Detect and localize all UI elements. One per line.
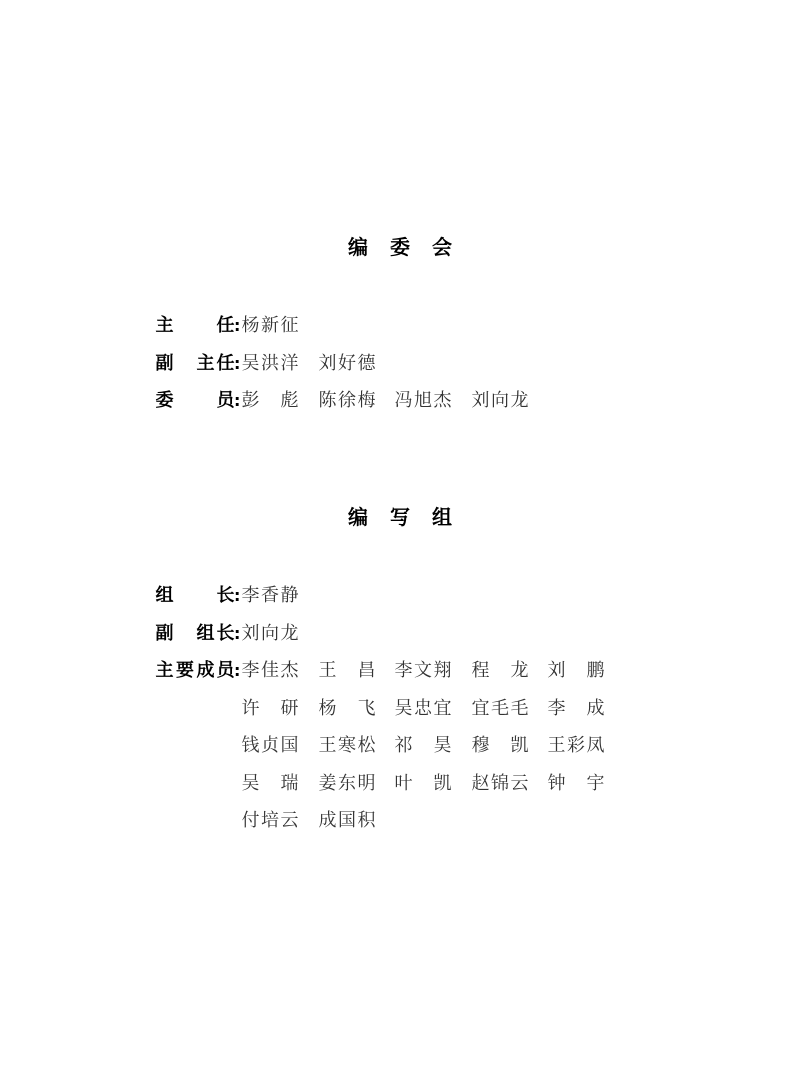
name-char: 培: [261, 808, 280, 834]
name-char: 王: [318, 733, 337, 759]
name-char: 新: [261, 313, 280, 339]
member-name: 彭彪: [241, 388, 299, 414]
member-name: 杨新征: [241, 313, 299, 339]
name-char: 瑞: [280, 771, 299, 797]
name-char: 钟: [547, 771, 566, 797]
committee-title: 编委会: [0, 234, 800, 260]
name-char: 云: [280, 808, 299, 834]
name-char: 吴: [394, 696, 413, 722]
name-char: 静: [280, 583, 299, 609]
name-char: 昊: [433, 733, 452, 759]
name-char: 赵: [471, 771, 490, 797]
name-char: 刘: [241, 621, 260, 647]
role-label-char: 主: [155, 313, 174, 339]
role-label: 委员: [155, 388, 235, 414]
member-name: 叶凯: [394, 771, 452, 797]
name-char: 东: [338, 771, 357, 797]
name-char: 凯: [510, 733, 529, 759]
name-char: 毛: [491, 696, 510, 722]
member-name: 陈徐梅: [318, 388, 376, 414]
label-colon: :: [234, 351, 240, 377]
role-label-char: 组: [196, 621, 215, 647]
member-name: 付培云: [241, 808, 299, 834]
name-char: 付: [241, 808, 260, 834]
name-char: 陈: [318, 388, 337, 414]
name-char: 钱: [241, 733, 260, 759]
name-char: 刘: [318, 351, 337, 377]
role-label-char: 员: [216, 658, 235, 684]
name-char: 宜: [471, 696, 490, 722]
role-label: 主任: [155, 313, 235, 339]
member-name: 成国积: [318, 808, 376, 834]
name-char: 刘: [471, 388, 490, 414]
member-name: 刘鹏: [547, 658, 605, 684]
writing-group-title-char: 组: [432, 504, 452, 530]
role-label-char: 副: [155, 621, 174, 647]
name-char: 寒: [338, 733, 357, 759]
label-colon: :: [234, 621, 240, 647]
name-char: 锦: [491, 771, 510, 797]
member-name: 赵锦云: [471, 771, 529, 797]
member-name: 姜东明: [318, 771, 376, 797]
member-name: 李佳杰: [241, 658, 299, 684]
member-name: 吴忠宜: [394, 696, 452, 722]
name-char: 国: [338, 808, 357, 834]
name-char: 德: [357, 351, 376, 377]
name-char: 宇: [586, 771, 605, 797]
name-char: 向: [491, 388, 510, 414]
member-name: 王昌: [318, 658, 376, 684]
name-char: 许: [241, 696, 260, 722]
role-label-char: 副: [155, 351, 174, 377]
member-name: 李文翔: [394, 658, 452, 684]
name-char: 杰: [433, 388, 452, 414]
name-char: 李: [547, 696, 566, 722]
name-char: 王: [547, 733, 566, 759]
committee-title-char: 编: [348, 234, 368, 260]
label-colon: :: [234, 388, 240, 414]
name-char: 征: [280, 313, 299, 339]
writing-group-title-char: 写: [390, 504, 410, 530]
label-colon: :: [234, 658, 240, 684]
name-char: 松: [357, 733, 376, 759]
member-name: 吴洪洋: [241, 351, 299, 377]
name-char: 李: [241, 583, 260, 609]
role-label-char: 组: [155, 583, 174, 609]
name-char: 文: [414, 658, 433, 684]
name-char: 杨: [241, 313, 260, 339]
name-char: 杰: [280, 658, 299, 684]
name-char: 云: [510, 771, 529, 797]
role-label: 主要成员: [155, 658, 235, 684]
member-name: 李成: [547, 696, 605, 722]
member-name: 穆凯: [471, 733, 529, 759]
name-char: 明: [357, 771, 376, 797]
name-char: 向: [261, 621, 280, 647]
role-label-char: 长: [216, 621, 235, 647]
name-char: 龙: [510, 388, 529, 414]
name-char: 洪: [261, 351, 280, 377]
member-name: 王寒松: [318, 733, 376, 759]
name-char: 佳: [261, 658, 280, 684]
name-char: 吴: [241, 351, 260, 377]
role-label-char: 任: [216, 351, 235, 377]
member-name: 冯旭杰: [394, 388, 452, 414]
name-char: 梅: [357, 388, 376, 414]
member-name: 刘向龙: [471, 388, 529, 414]
writing-group-title: 编写组: [0, 504, 800, 530]
writing-group-title-char: 编: [348, 504, 368, 530]
name-char: 吴: [241, 771, 260, 797]
name-char: 鹏: [586, 658, 605, 684]
name-char: 洋: [280, 351, 299, 377]
name-char: 成: [586, 696, 605, 722]
name-char: 祁: [394, 733, 413, 759]
name-char: 李: [394, 658, 413, 684]
member-name: 刘向龙: [241, 621, 299, 647]
member-name: 李香静: [241, 583, 299, 609]
member-name: 王彩凤: [547, 733, 605, 759]
name-char: 彭: [241, 388, 260, 414]
name-char: 飞: [357, 696, 376, 722]
role-label-char: 主: [155, 658, 174, 684]
name-char: 成: [318, 808, 337, 834]
name-char: 杨: [318, 696, 337, 722]
role-label-char: 要: [176, 658, 195, 684]
member-name: 杨飞: [318, 696, 376, 722]
member-name: 吴瑞: [241, 771, 299, 797]
name-char: 凤: [586, 733, 605, 759]
name-char: 积: [357, 808, 376, 834]
name-char: 刘: [547, 658, 566, 684]
role-label: 组长: [155, 583, 235, 609]
name-char: 宜: [433, 696, 452, 722]
committee-title-char: 会: [432, 234, 452, 260]
role-label-char: 长: [216, 583, 235, 609]
name-char: 研: [280, 696, 299, 722]
committee-title-char: 委: [390, 234, 410, 260]
member-name: 许研: [241, 696, 299, 722]
name-char: 程: [471, 658, 490, 684]
role-label-char: 任: [216, 313, 235, 339]
name-char: 贞: [261, 733, 280, 759]
name-char: 国: [280, 733, 299, 759]
name-char: 昌: [357, 658, 376, 684]
label-colon: :: [234, 583, 240, 609]
label-colon: :: [234, 313, 240, 339]
role-label-char: 成: [196, 658, 215, 684]
name-char: 彩: [567, 733, 586, 759]
name-char: 穆: [471, 733, 490, 759]
name-char: 龙: [510, 658, 529, 684]
member-name: 程龙: [471, 658, 529, 684]
name-char: 凯: [433, 771, 452, 797]
name-char: 忠: [414, 696, 433, 722]
member-name: 刘好德: [318, 351, 376, 377]
name-char: 彪: [280, 388, 299, 414]
member-name: 祁昊: [394, 733, 452, 759]
role-label: 副主任: [155, 351, 235, 377]
name-char: 徐: [338, 388, 357, 414]
name-char: 毛: [510, 696, 529, 722]
name-char: 王: [318, 658, 337, 684]
member-name: 钱贞国: [241, 733, 299, 759]
name-char: 翔: [433, 658, 452, 684]
member-name: 钟宇: [547, 771, 605, 797]
role-label-char: 委: [155, 388, 174, 414]
name-char: 叶: [394, 771, 413, 797]
name-char: 好: [338, 351, 357, 377]
name-char: 龙: [280, 621, 299, 647]
name-char: 香: [261, 583, 280, 609]
name-char: 旭: [414, 388, 433, 414]
name-char: 姜: [318, 771, 337, 797]
name-char: 冯: [394, 388, 413, 414]
role-label-char: 员: [216, 388, 235, 414]
role-label-char: 主: [196, 351, 215, 377]
role-label: 副组长: [155, 621, 235, 647]
member-name: 宜毛毛: [471, 696, 529, 722]
name-char: 李: [241, 658, 260, 684]
